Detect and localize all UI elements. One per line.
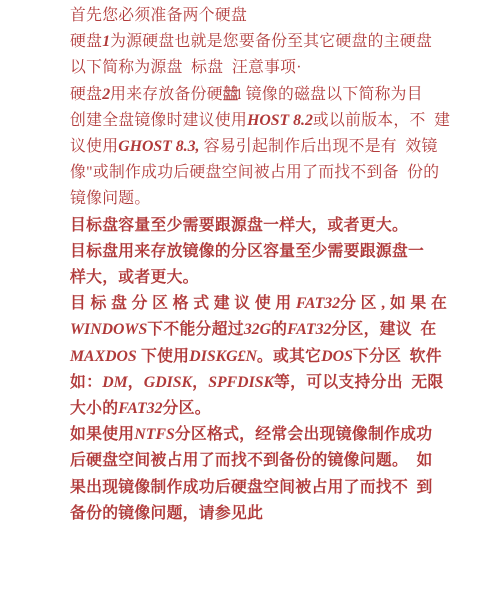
- text-segment: 样大，或者更大。: [70, 269, 199, 286]
- text-line: 如果使用NTFS分区格式，经常会出现镜像制作成功: [70, 422, 442, 448]
- english-term: SPFDISK: [208, 374, 274, 391]
- text-segment: 首先您必须准备两个硬盘: [70, 7, 247, 24]
- english-term: DISKG£N: [189, 348, 257, 365]
- text-line: 像"或制作成功后硬盘空间被占用了而找不到备 份的: [70, 160, 442, 186]
- text-segment: 后硬盘空间被占用了而找不到备份的镜像问题。 如: [70, 452, 433, 469]
- text-line: 以下简称为源盘 标盘 汪意事项·: [70, 55, 442, 81]
- text-segment: 容易引起制作后出现不是有 效镜: [199, 138, 437, 155]
- text-line: 议使用GHOST 8.3, 容易引起制作后出现不是有 效镜: [70, 134, 442, 160]
- text-segment: 果出现镜像制作成功后硬盘空间被占用了而找不 到: [70, 479, 433, 496]
- text-segment: ，: [192, 374, 208, 391]
- text-segment: 的: [271, 321, 287, 338]
- english-term: 1: [102, 33, 110, 50]
- text-segment: ，: [128, 374, 144, 391]
- text-line: 大小的FAT32分区。: [70, 396, 442, 422]
- text-segment: 如果使用: [70, 426, 134, 443]
- text-segment: 硬盘: [70, 33, 102, 50]
- english-term: DOS: [321, 348, 353, 365]
- english-term: FAT32: [118, 400, 162, 417]
- text-line: 首先您必须准备两个硬盘: [70, 3, 442, 29]
- text-segment: 硬盘: [70, 86, 102, 103]
- text-segment: 镜像问题。: [70, 190, 151, 207]
- text-line: MAXDOS 下使用DISKG£N。或其它DOS下分区 软件: [70, 344, 442, 370]
- text-segment: 。或其它: [257, 348, 321, 365]
- text-segment: 分区，建议 在: [331, 321, 436, 338]
- english-term: HOST 8.2: [247, 112, 313, 129]
- text-segment: 用来存放备份硬: [110, 86, 223, 103]
- english-term: WINDOWS: [70, 321, 147, 338]
- english-term: FAT32: [287, 321, 331, 338]
- text-segment: 议使用: [70, 138, 118, 155]
- text-line: 样大，或者更大。: [70, 265, 442, 291]
- text-segment: 分区格式，经常会出现镜像制作成功: [175, 426, 433, 443]
- text-line: WINDOWS下不能分超过32G的FAT32分区，建议 在: [70, 317, 442, 343]
- english-term: NTFS: [134, 426, 174, 443]
- text-line: 目标盘用来存放镜像的分区容量至少需要跟源盘一: [70, 239, 442, 265]
- text-line: 备份的镜像问题，请参见此: [70, 501, 442, 527]
- english-term: 2: [102, 86, 110, 103]
- document-text: 首先您必须准备两个硬盘硬盘1为源硬盘也就是您要备份至其它硬盘的主硬盘以下简称为源…: [70, 3, 442, 527]
- text-segment: 以下简称为源盘 标盘 汪意事项·: [70, 59, 302, 76]
- page: 首先您必须准备两个硬盘硬盘1为源硬盘也就是您要备份至其它硬盘的主硬盘以下简称为源…: [0, 0, 500, 600]
- english-term: 32G: [244, 321, 271, 338]
- text-line: 镜像问题。: [70, 186, 442, 212]
- text-line: 目标盘分区格式建议使用FAT32分区,如果在: [70, 291, 442, 317]
- english-term: DM: [102, 374, 127, 391]
- text-segment: 像"或制作成功后硬盘空间被占用了而找不到备 份的: [70, 164, 439, 181]
- text-segment: 下分区 软件: [353, 348, 442, 365]
- text-line: 硬盘1为源硬盘也就是您要备份至其它硬盘的主硬盘: [70, 29, 442, 55]
- text-segment: 下使用: [137, 348, 190, 365]
- overlapped-glyph: 盘盘1: [223, 82, 235, 108]
- text-line: 目标盘容量至少需要跟源盘一样大，或者更大。: [70, 213, 442, 239]
- text-segment: 如：: [70, 374, 102, 391]
- text-line: 硬盘2用来存放备份硬盘盘1镜像的磁盘以下简称为目: [70, 82, 442, 108]
- english-term: GHOST 8.3,: [118, 138, 199, 155]
- text-segment: 或以前版本，不 建: [313, 112, 450, 129]
- text-segment: 创建全盘镜像时建议使用: [70, 112, 247, 129]
- english-term: GDISK: [144, 374, 192, 391]
- text-segment: 下不能分超过: [147, 321, 244, 338]
- text-segment: 镜像的磁盘以下简称为目: [246, 86, 423, 103]
- text-segment: 目标盘用来存放镜像的分区容量至少需要跟源盘一: [70, 243, 424, 260]
- text-segment: 为源硬盘也就是您要备份至其它硬盘的主硬盘: [110, 33, 432, 50]
- text-segment: 备份的镜像问题，请参见此: [70, 505, 263, 522]
- text-segment: 目标盘分区格式建议使用: [70, 295, 296, 312]
- english-term: MAXDOS: [70, 348, 137, 365]
- english-term: FAT32: [296, 295, 340, 312]
- text-segment: 分区,如果在: [340, 295, 451, 312]
- text-line: 果出现镜像制作成功后硬盘空间被占用了而找不 到: [70, 475, 442, 501]
- text-segment: 等，可以支持分出 无限: [274, 374, 443, 391]
- text-line: 创建全盘镜像时建议使用HOST 8.2或以前版本，不 建: [70, 108, 442, 134]
- text-segment: 大小的: [70, 400, 118, 417]
- text-line: 后硬盘空间被占用了而找不到备份的镜像问题。 如: [70, 448, 442, 474]
- text-segment: 分区。: [163, 400, 211, 417]
- text-line: 如：DM，GDISK，SPFDISK等，可以支持分出 无限: [70, 370, 442, 396]
- text-segment: 目标盘容量至少需要跟源盘一样大，或者更大。: [70, 217, 408, 234]
